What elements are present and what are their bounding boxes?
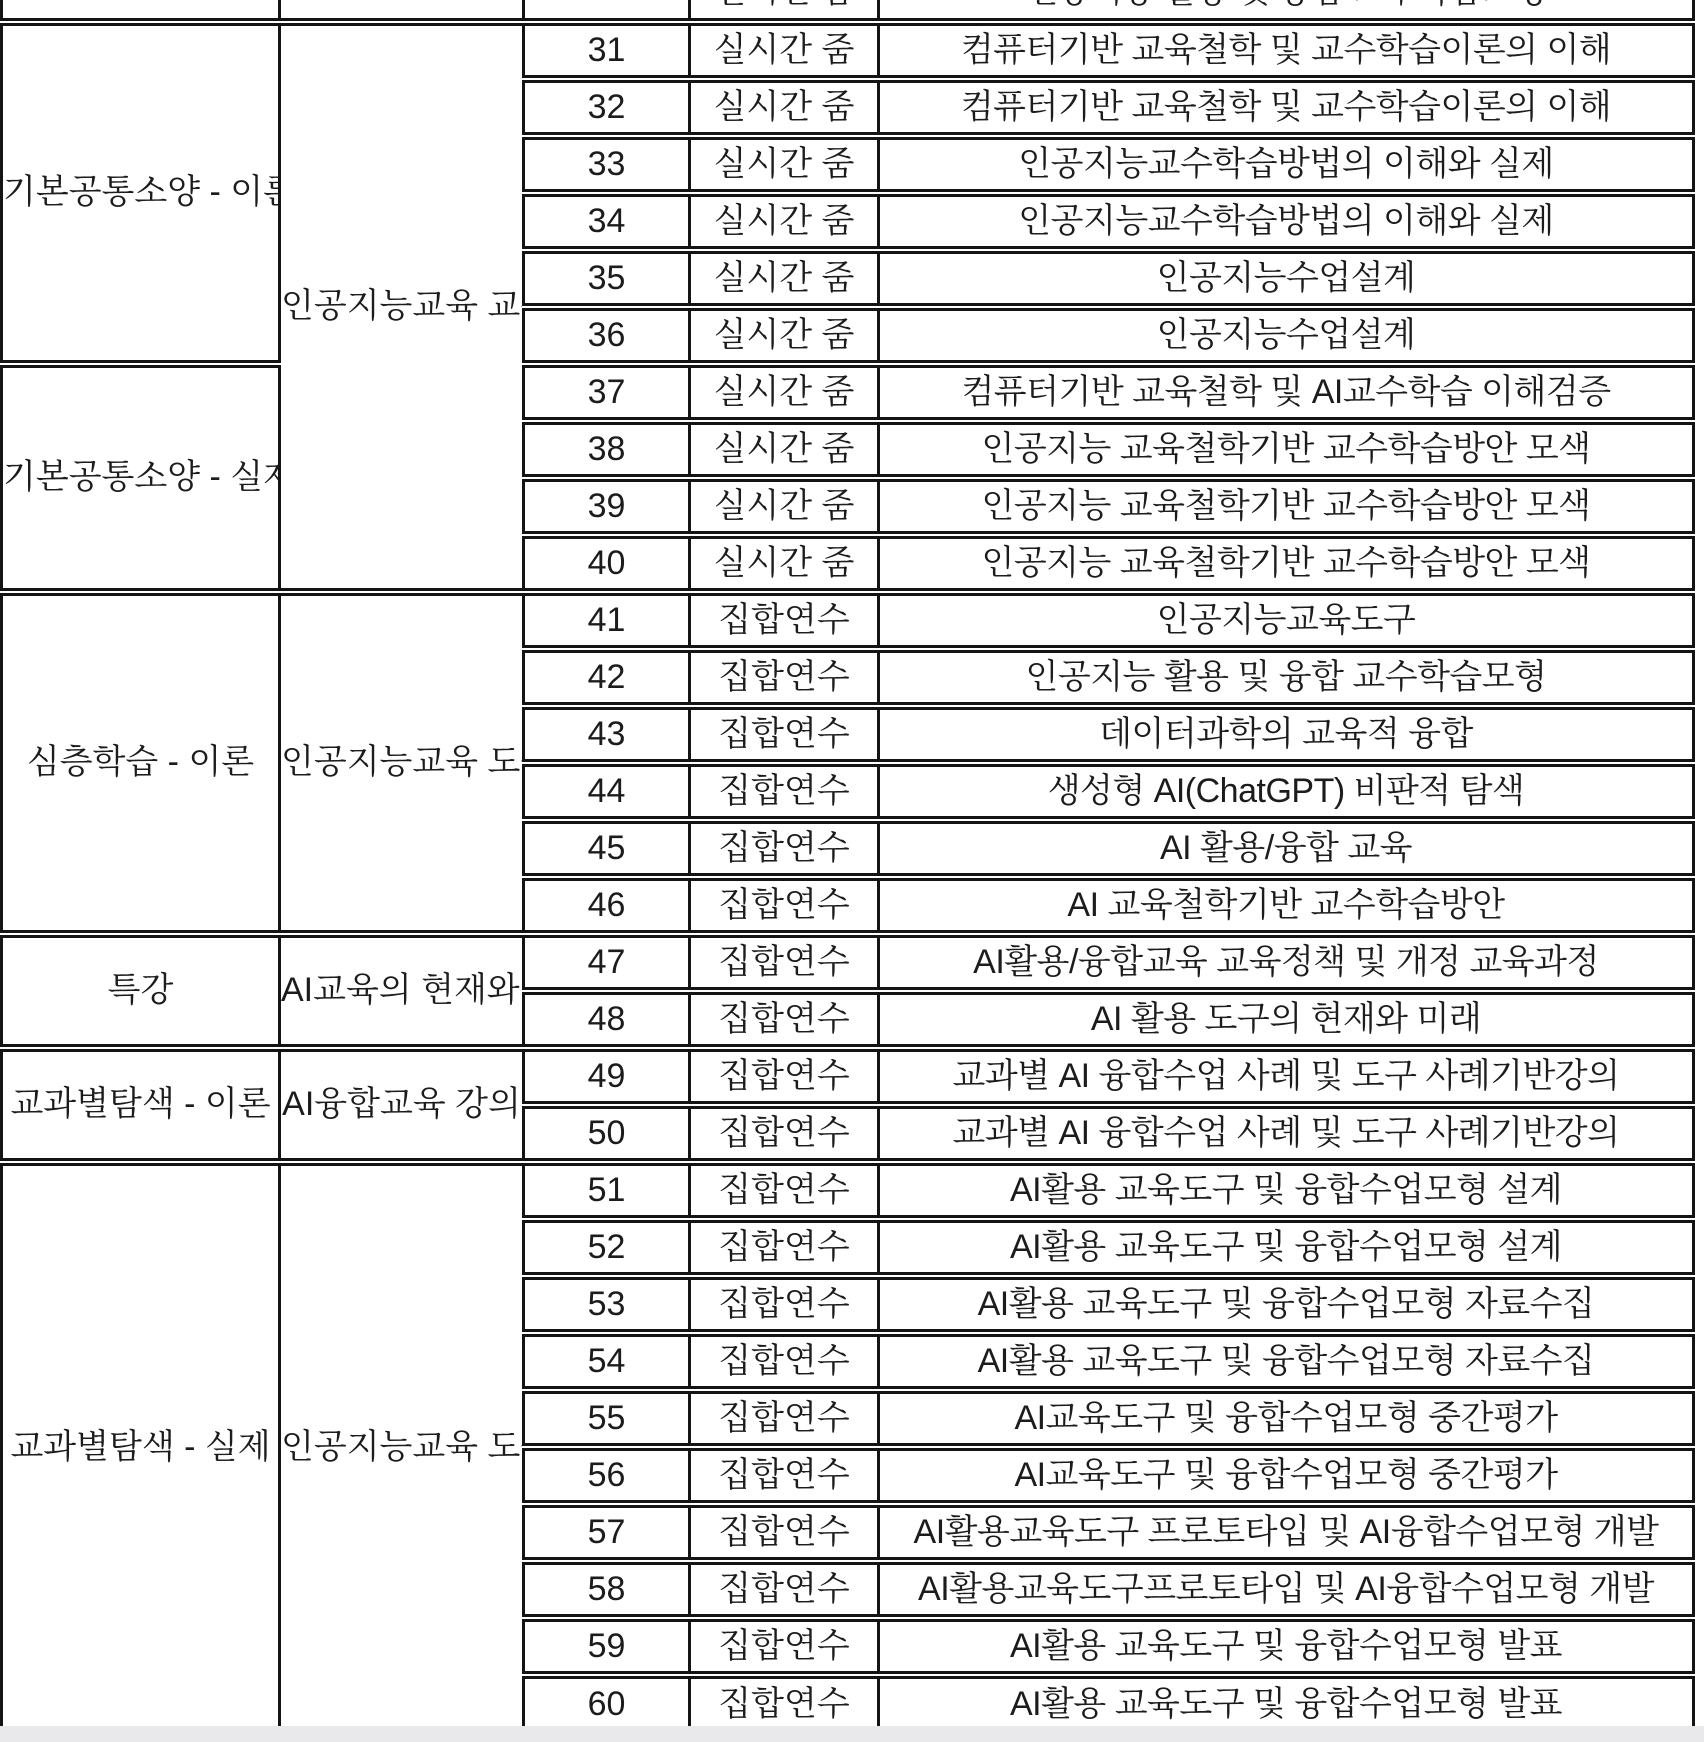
session-type-cell: 실시간 줌 (690, 364, 879, 421)
session-type-cell: 실시간 줌 (690, 0, 879, 22)
content-cell: AI활용/융합교육 교육정책 및 개정 교육과정 (879, 934, 1694, 991)
content-cell: 인공지능 교육철학기반 교수학습방안 모색 (879, 478, 1694, 535)
row-number-cell: 52 (524, 1219, 690, 1276)
session-type-cell: 실시간 줌 (690, 193, 879, 250)
bottom-gutter (0, 1726, 1704, 1742)
session-type-cell: 집합연수 (690, 649, 879, 706)
session-type-cell: 집합연수 (690, 1618, 879, 1675)
row-number-cell: 41 (524, 592, 690, 649)
content-cell: 데이터과학의 교육적 융합 (879, 706, 1694, 763)
content-cell: 교과별 AI 융합수업 사례 및 도구 사례기반강의 (879, 1048, 1694, 1105)
content-cell: 컴퓨터기반 교육철학 및 AI교수학습 이해검증 (879, 364, 1694, 421)
row-number-cell: 33 (524, 136, 690, 193)
content-cell: AI활용교육도구프로토타입 및 AI융합수업모형 개발 (879, 1561, 1694, 1618)
row-number-cell: 50 (524, 1105, 690, 1162)
page: 실시간 줌인공지능 활용 및 융합 교수학습모형기본공통소양 - 이론인공지능교… (0, 0, 1704, 1742)
content-cell: 인공지능 교육철학기반 교수학습방안 모색 (879, 421, 1694, 478)
table-row: 교과별탐색 - 실제인공지능교육 도구설계 및 인공지능"융합 "교수학습모형 … (2, 1162, 1694, 1219)
content-cell: 인공지능교수학습방법의 이해와 실제 (879, 193, 1694, 250)
session-type-cell: 집합연수 (690, 1105, 879, 1162)
content-cell: 인공지능교수학습방법의 이해와 실제 (879, 136, 1694, 193)
content-cell: AI 활용 도구의 현재와 미래 (879, 991, 1694, 1048)
content-cell: AI교육도구 및 융합수업모형 중간평가 (879, 1390, 1694, 1447)
row-number-cell: 34 (524, 193, 690, 250)
row-number-cell: 37 (524, 364, 690, 421)
category-cell: 특강 (2, 934, 280, 1048)
session-type-cell: 집합연수 (690, 1390, 879, 1447)
topic-cell: 인공지능교육 도구설계 및 인공지능"융합 "교수학습모형 개발의 기초 (280, 592, 524, 934)
content-cell: AI활용 교육도구 및 융합수업모형 자료수집 (879, 1276, 1694, 1333)
content-cell: 인공지능 활용 및 융합 교수학습모형 (879, 0, 1694, 22)
session-type-cell: 집합연수 (690, 1333, 879, 1390)
session-type-cell: 실시간 줌 (690, 478, 879, 535)
session-type-cell: 실시간 줌 (690, 307, 879, 364)
session-type-cell: 집합연수 (690, 877, 879, 934)
row-number-cell: 44 (524, 763, 690, 820)
session-type-cell: 집합연수 (690, 763, 879, 820)
content-cell: 컴퓨터기반 교육철학 및 교수학습이론의 이해 (879, 22, 1694, 79)
table-row: 특강AI교육의 현재와 미래47집합연수AI활용/융합교육 교육정책 및 개정 … (2, 934, 1694, 991)
row-number-cell: 48 (524, 991, 690, 1048)
topic-cell: AI융합교육 강의 (280, 1048, 524, 1162)
content-cell: AI활용 교육도구 및 융합수업모형 자료수집 (879, 1333, 1694, 1390)
content-cell: AI활용 교육도구 및 융합수업모형 설계 (879, 1162, 1694, 1219)
row-number-cell: 42 (524, 649, 690, 706)
content-cell: 생성형 AI(ChatGPT) 비판적 탐색 (879, 763, 1694, 820)
session-type-cell: 집합연수 (690, 1504, 879, 1561)
category-cell: 심층학습 - 이론 (2, 592, 280, 934)
row-number-cell: 56 (524, 1447, 690, 1504)
right-gutter (1695, 0, 1704, 1742)
table-row: 심층학습 - 이론인공지능교육 도구설계 및 인공지능"융합 "교수학습모형 개… (2, 592, 1694, 649)
session-type-cell: 집합연수 (690, 1048, 879, 1105)
session-type-cell: 집합연수 (690, 1162, 879, 1219)
row-number-cell (524, 0, 690, 22)
row-number-cell: 59 (524, 1618, 690, 1675)
session-type-cell: 실시간 줌 (690, 22, 879, 79)
session-type-cell: 집합연수 (690, 934, 879, 991)
content-cell: AI활용 교육도구 및 융합수업모형 설계 (879, 1219, 1694, 1276)
curriculum-table: 실시간 줌인공지능 활용 및 융합 교수학습모형기본공통소양 - 이론인공지능교… (0, 0, 1695, 1734)
table-row: 교과별탐색 - 이론AI융합교육 강의49집합연수교과별 AI 융합수업 사례 … (2, 1048, 1694, 1105)
table-row: 기본공통소양 - 실제37실시간 줌컴퓨터기반 교육철학 및 AI교수학습 이해… (2, 364, 1694, 421)
topic-cell: AI교육의 현재와 미래 (280, 934, 524, 1048)
topic-cell: 인공지능교육 교수학습방법 (280, 22, 524, 592)
row-number-cell: 47 (524, 934, 690, 991)
row-number-cell: 39 (524, 478, 690, 535)
category-cell: 교과별탐색 - 실제 (2, 1162, 280, 1732)
category-cell: 기본공통소양 - 이론 (2, 22, 280, 364)
row-number-cell: 35 (524, 250, 690, 307)
table-row-cropped: 실시간 줌인공지능 활용 및 융합 교수학습모형 (2, 0, 1694, 22)
session-type-cell: 집합연수 (690, 991, 879, 1048)
row-number-cell: 40 (524, 535, 690, 592)
content-cell: 인공지능수업설계 (879, 250, 1694, 307)
table-row: 기본공통소양 - 이론인공지능교육 교수학습방법31실시간 줌컴퓨터기반 교육철… (2, 22, 1694, 79)
row-number-cell: 55 (524, 1390, 690, 1447)
category-cell: 교과별탐색 - 이론 (2, 1048, 280, 1162)
topic-cell: 인공지능교육 도구설계 및 인공지능"융합 "교수학습모형 개발 실습 (280, 1162, 524, 1732)
session-type-cell: 집합연수 (690, 1447, 879, 1504)
session-type-cell: 집합연수 (690, 820, 879, 877)
row-number-cell: 54 (524, 1333, 690, 1390)
session-type-cell: 집합연수 (690, 1675, 879, 1732)
topic-cell-cropped (280, 0, 524, 22)
content-cell: AI 교육철학기반 교수학습방안 (879, 877, 1694, 934)
content-cell: AI활용교육도구 프로토타입 및 AI융합수업모형 개발 (879, 1504, 1694, 1561)
session-type-cell: 집합연수 (690, 1219, 879, 1276)
row-number-cell: 60 (524, 1675, 690, 1732)
row-number-cell: 46 (524, 877, 690, 934)
row-number-cell: 36 (524, 307, 690, 364)
row-number-cell: 38 (524, 421, 690, 478)
session-type-cell: 집합연수 (690, 706, 879, 763)
row-number-cell: 49 (524, 1048, 690, 1105)
session-type-cell: 집합연수 (690, 1276, 879, 1333)
content-cell: 인공지능 교육철학기반 교수학습방안 모색 (879, 535, 1694, 592)
content-cell: 교과별 AI 융합수업 사례 및 도구 사례기반강의 (879, 1105, 1694, 1162)
session-type-cell: 실시간 줌 (690, 535, 879, 592)
row-number-cell: 53 (524, 1276, 690, 1333)
row-number-cell: 43 (524, 706, 690, 763)
row-number-cell: 31 (524, 22, 690, 79)
row-number-cell: 45 (524, 820, 690, 877)
session-type-cell: 집합연수 (690, 592, 879, 649)
session-type-cell: 실시간 줌 (690, 421, 879, 478)
row-number-cell: 58 (524, 1561, 690, 1618)
category-cell: 기본공통소양 - 실제 (2, 364, 280, 592)
session-type-cell: 실시간 줌 (690, 136, 879, 193)
content-cell: AI교육도구 및 융합수업모형 중간평가 (879, 1447, 1694, 1504)
category-cell-cropped (2, 0, 280, 22)
session-type-cell: 실시간 줌 (690, 250, 879, 307)
content-cell: AI 활용/융합 교육 (879, 820, 1694, 877)
session-type-cell: 실시간 줌 (690, 79, 879, 136)
row-number-cell: 32 (524, 79, 690, 136)
content-cell: 인공지능수업설계 (879, 307, 1694, 364)
content-cell: 인공지능 활용 및 융합 교수학습모형 (879, 649, 1694, 706)
session-type-cell: 집합연수 (690, 1561, 879, 1618)
content-cell: 컴퓨터기반 교육철학 및 교수학습이론의 이해 (879, 79, 1694, 136)
row-number-cell: 51 (524, 1162, 690, 1219)
content-cell: AI활용 교육도구 및 융합수업모형 발표 (879, 1618, 1694, 1675)
content-cell: AI활용 교육도구 및 융합수업모형 발표 (879, 1675, 1694, 1732)
content-cell: 인공지능교육도구 (879, 592, 1694, 649)
row-number-cell: 57 (524, 1504, 690, 1561)
